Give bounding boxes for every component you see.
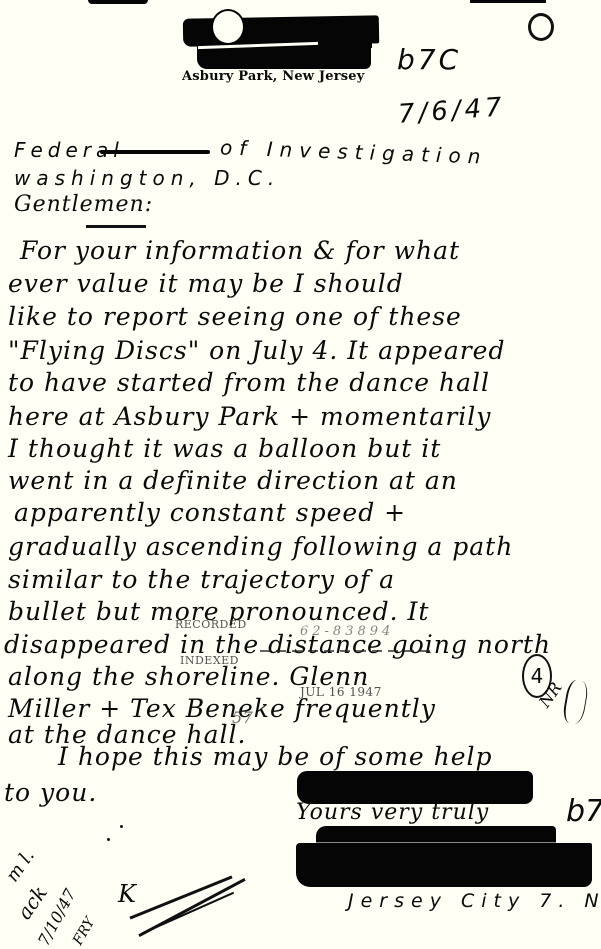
circle-mark: [528, 13, 554, 41]
margin-ack-line-4: FRY: [70, 915, 98, 948]
body-line-6: here at Asbury Park + momentarily: [8, 402, 491, 431]
body-line-4: "Flying Discs" on July 4. It appeared: [8, 336, 505, 365]
body-line-7: I thought it was a balloon but it: [8, 434, 441, 463]
exemption-code-b7c: b7C: [397, 43, 461, 76]
body-line-13: disappeared in the distance going north: [4, 630, 551, 659]
margin-ack-line-1: m l.: [2, 846, 39, 886]
top-edge-mark-right: [470, 0, 546, 3]
salutation-underline: [86, 225, 146, 228]
addressee-strikeout: [100, 150, 210, 154]
initials-scribble: [561, 679, 589, 726]
indexed-stamp: INDEXED: [180, 654, 239, 667]
scan-speck: [107, 838, 110, 841]
sender-city: Jersey City 7. N.J.: [348, 890, 601, 912]
body-line-2: ever value it may be I should: [8, 269, 404, 298]
letterhead-location: Asbury Park, New Jersey: [182, 69, 365, 84]
file-number-stamp: 62-83894: [300, 624, 394, 639]
addressee-line-1-end: of Investigation: [220, 135, 488, 168]
closing-line-1: I hope this may be of some help: [58, 742, 493, 771]
letter-date: 7/6/47: [397, 92, 507, 129]
serial-stamp: 57: [232, 708, 253, 727]
closing-line-2: to you.: [4, 778, 97, 807]
body-line-9: apparently constant speed +: [14, 498, 406, 527]
addressee-line-2: washington, D.C.: [14, 166, 280, 190]
body-line-3: like to report seeing one of these: [8, 302, 462, 331]
body-line-5: to have started from the dance hall: [8, 368, 490, 397]
scanned-letter-page: Asbury Park, New Jersey b7C 7/6/47 Feder…: [0, 0, 601, 949]
body-line-11: similar to the trajectory of a: [8, 565, 395, 594]
stamp-rule: [260, 650, 430, 652]
date-received-stamp: JUL 16 1947: [300, 685, 382, 699]
top-edge-mark-left: [88, 0, 148, 4]
body-line-10: gradually ascending following a path: [8, 532, 513, 561]
body-line-8: went in a definite direction at an: [8, 466, 458, 495]
exemption-code-b7: b7: [566, 794, 601, 829]
recorded-stamp: RECORDED: [175, 618, 247, 631]
body-line-1: For your information & for what: [20, 236, 460, 265]
salutation: Gentlemen:: [14, 192, 153, 217]
crossed-out-initials: K: [118, 872, 248, 932]
signoff: Yours very truly: [296, 800, 489, 825]
scan-speck: [120, 825, 123, 828]
